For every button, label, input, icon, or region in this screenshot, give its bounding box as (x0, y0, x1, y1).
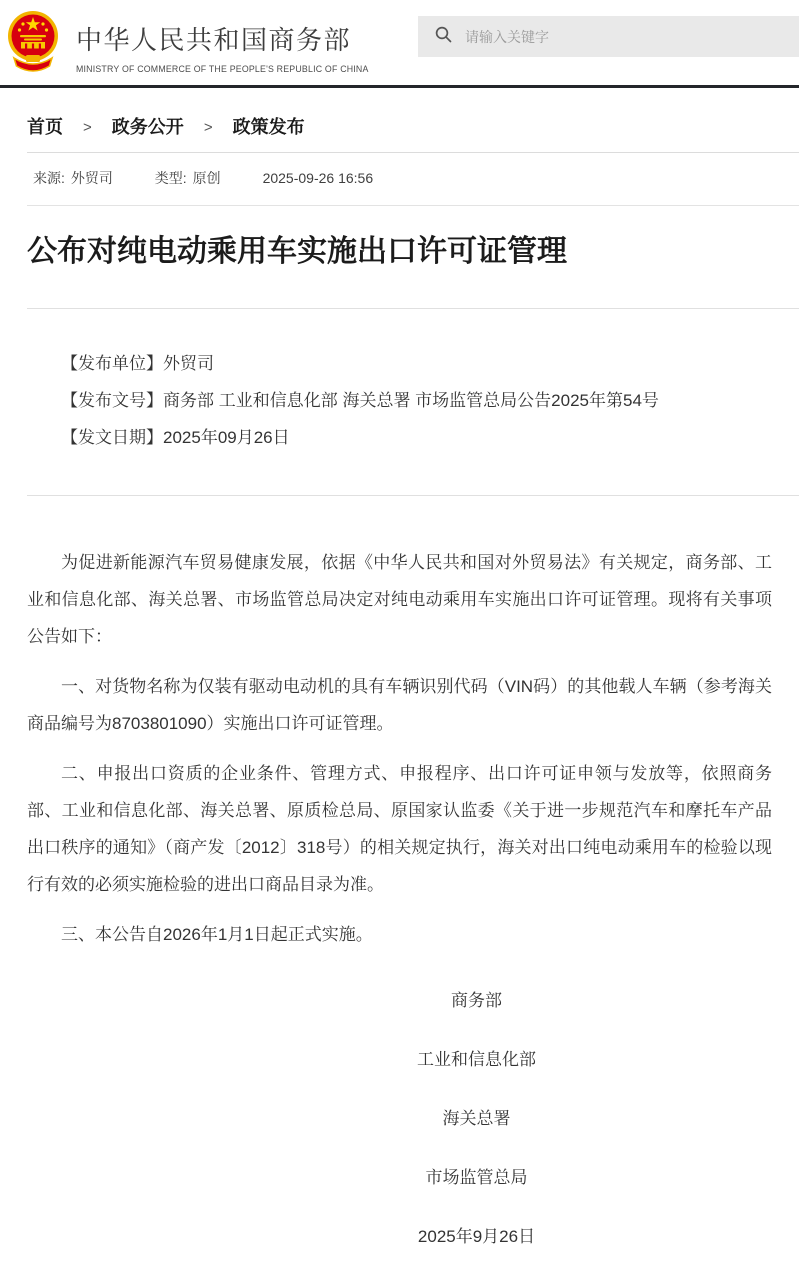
info-value: 商务部 工业和信息化部 海关总署 市场监管总局公告2025年第54号 (163, 391, 659, 410)
page-content: 首页 > 政务公开 > 政策发布 来源:外贸司 类型:原创 2025-09-26… (0, 88, 799, 1255)
article-title: 公布对纯电动乘用车实施出口许可证管理 (27, 234, 772, 270)
search-icon (435, 26, 452, 48)
info-label: 【发布文号】 (61, 391, 163, 410)
info-block: 【发布单位】外贸司 【发布文号】商务部 工业和信息化部 海关总署 市场监管总局公… (27, 309, 799, 496)
signature-date: 2025年9月26日 (181, 1218, 772, 1255)
search-box[interactable] (418, 16, 799, 57)
breadcrumb-home[interactable]: 首页 (27, 117, 63, 137)
info-line-issue-date: 【发文日期】2025年09月26日 (27, 419, 772, 456)
body-paragraph: 一、对货物名称为仅装有驱动电动机的具有车辆识别代码（VIN码）的其他载人车辆（参… (27, 668, 772, 742)
info-value: 外贸司 (163, 354, 214, 373)
meta-type-label: 类型: (155, 170, 187, 186)
info-line-document-number: 【发布文号】商务部 工业和信息化部 海关总署 市场监管总局公告2025年第54号 (27, 382, 772, 419)
meta-datetime: 2025-09-26 16:56 (263, 170, 374, 186)
site-title-block: 中华人民共和国商务部 MINISTRY OF COMMERCE OF THE P… (76, 20, 369, 74)
body-paragraph: 二、申报出口资质的企业条件、管理方式、申报程序、出口许可证申领与发放等，依照商务… (27, 755, 772, 903)
site-title: 中华人民共和国商务部 (76, 20, 369, 57)
site-subtitle-en: MINISTRY OF COMMERCE OF THE PEOPLE'S REP… (76, 64, 369, 74)
article-body: 为促进新能源汽车贸易健康发展，依据《中华人民共和国对外贸易法》有关规定，商务部、… (27, 544, 799, 953)
signature-mofcom: 商务部 (181, 982, 772, 1019)
signature-block: 商务部 工业和信息化部 海关总署 市场监管总局 2025年9月26日 (27, 982, 799, 1255)
breadcrumb-govinfo[interactable]: 政务公开 (112, 117, 184, 137)
meta-source-value: 外贸司 (71, 170, 113, 186)
breadcrumb-policy-release[interactable]: 政策发布 (233, 117, 305, 137)
info-label: 【发布单位】 (61, 354, 163, 373)
meta-source: 来源:外贸司 (33, 170, 113, 186)
search-input[interactable] (465, 29, 745, 45)
breadcrumb-separator-icon: > (204, 119, 213, 136)
national-emblem-icon (6, 61, 60, 78)
info-value: 2025年09月26日 (163, 428, 290, 447)
title-block: 公布对纯电动乘用车实施出口许可证管理 (27, 206, 799, 309)
body-paragraph: 为促进新能源汽车贸易健康发展，依据《中华人民共和国对外贸易法》有关规定，商务部、… (27, 544, 772, 655)
breadcrumb: 首页 > 政务公开 > 政策发布 (27, 88, 799, 153)
meta-type: 类型:原创 (155, 170, 221, 186)
meta-source-label: 来源: (33, 170, 65, 186)
meta-type-value: 原创 (193, 170, 221, 186)
signature-customs: 海关总署 (181, 1100, 772, 1137)
article-meta: 来源:外贸司 类型:原创 2025-09-26 16:56 (27, 153, 799, 206)
signature-samr: 市场监管总局 (181, 1159, 772, 1196)
breadcrumb-separator-icon: > (83, 119, 92, 136)
info-line-issuing-unit: 【发布单位】外贸司 (27, 345, 772, 382)
info-label: 【发文日期】 (61, 428, 163, 447)
site-header: 中华人民共和国商务部 MINISTRY OF COMMERCE OF THE P… (0, 0, 799, 88)
national-emblem-logo[interactable] (6, 8, 60, 74)
signature-miit: 工业和信息化部 (181, 1041, 772, 1078)
body-paragraph: 三、本公告自2026年1月1日起正式实施。 (27, 916, 772, 953)
